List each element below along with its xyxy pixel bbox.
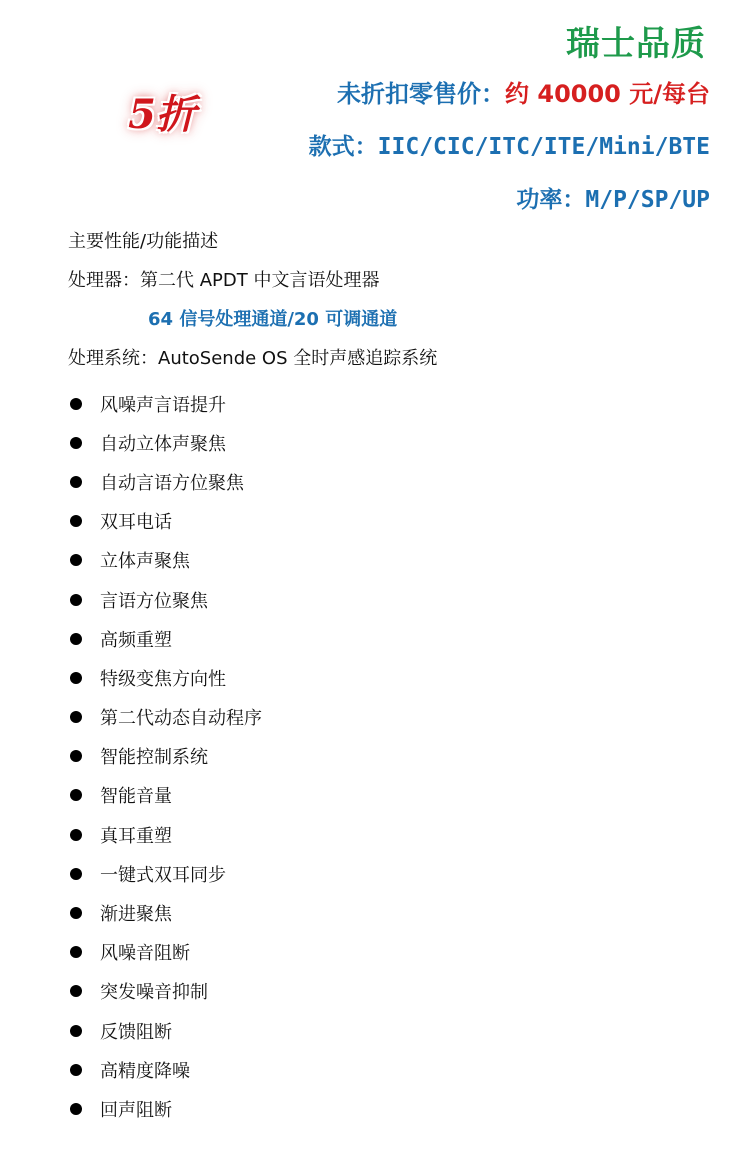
bullet-icon: [70, 946, 82, 958]
quality-title: 瑞士品质: [566, 16, 706, 65]
feature-item: 渐进聚焦: [68, 893, 262, 932]
system-value: AutoSende OS 全时声感追踪系统: [158, 348, 437, 369]
feature-item: 反馈阻断: [68, 1011, 262, 1050]
bullet-icon: [70, 1103, 82, 1115]
processor-value: 第二代 APDT 中文言语处理器: [140, 270, 379, 291]
bullet-icon: [70, 868, 82, 880]
feature-label: 言语方位聚焦: [100, 587, 208, 613]
retail-price: 未折扣零售价：约 40000 元/每台: [337, 74, 710, 109]
model-styles-value: IIC/CIC/ITC/ITE/Mini/BTE: [378, 134, 710, 160]
description-heading: 主要性能/功能描述: [68, 228, 708, 267]
processor-label: 处理器：: [68, 270, 140, 291]
feature-label: 双耳电话: [100, 508, 172, 534]
bullet-icon: [70, 1025, 82, 1037]
feature-label: 智能控制系统: [100, 743, 208, 769]
feature-item: 风噪音阻断: [68, 933, 262, 972]
discount-badge-text: 5折: [128, 83, 196, 140]
system-label: 处理系统：: [68, 348, 158, 369]
feature-label: 立体声聚焦: [100, 547, 190, 573]
bullet-icon: [70, 437, 82, 449]
power-levels: 功率：M/P/SP/UP: [516, 181, 710, 214]
feature-label: 自动立体声聚焦: [100, 430, 226, 456]
bullet-icon: [70, 594, 82, 606]
feature-label: 智能音量: [100, 782, 172, 808]
retail-price-label: 未折扣零售价：: [337, 80, 505, 108]
bullet-icon: [70, 829, 82, 841]
model-styles: 款式：IIC/CIC/ITC/ITE/Mini/BTE: [309, 128, 710, 161]
feature-item: 突发噪音抑制: [68, 972, 262, 1011]
bullet-icon: [70, 554, 82, 566]
feature-item: 自动言语方位聚焦: [68, 462, 262, 501]
feature-item: 高精度降噪: [68, 1050, 262, 1089]
bullet-icon: [70, 985, 82, 997]
bullet-icon: [70, 1064, 82, 1076]
feature-item: 自动立体声聚焦: [68, 423, 262, 462]
feature-item: 回声阻断: [68, 1089, 262, 1128]
bullet-icon: [70, 476, 82, 488]
feature-label: 突发噪音抑制: [100, 978, 208, 1004]
feature-item: 高频重塑: [68, 619, 262, 658]
power-levels-value: M/P/SP/UP: [585, 187, 710, 213]
feature-item: 风噪声言语提升: [68, 384, 262, 423]
processor-line: 处理器：第二代 APDT 中文言语处理器: [68, 267, 708, 306]
bullet-icon: [70, 711, 82, 723]
feature-label: 风噪音阻断: [100, 939, 190, 965]
feature-label: 自动言语方位聚焦: [100, 469, 244, 495]
bullet-icon: [70, 515, 82, 527]
feature-item: 双耳电话: [68, 502, 262, 541]
feature-item: 智能音量: [68, 776, 262, 815]
feature-item: 言语方位聚焦: [68, 580, 262, 619]
feature-label: 高精度降噪: [100, 1057, 190, 1083]
bullet-icon: [70, 672, 82, 684]
feature-item: 立体声聚焦: [68, 541, 262, 580]
feature-list: 风噪声言语提升 自动立体声聚焦 自动言语方位聚焦 双耳电话 立体声聚焦 言语方位…: [68, 384, 262, 1129]
feature-label: 回声阻断: [100, 1096, 172, 1122]
feature-label: 第二代动态自动程序: [100, 704, 262, 730]
feature-item: 真耳重塑: [68, 815, 262, 854]
bullet-icon: [70, 750, 82, 762]
bullet-icon: [70, 633, 82, 645]
retail-price-value: 约 40000 元/每台: [505, 80, 710, 108]
feature-label: 一键式双耳同步: [100, 861, 226, 887]
feature-label: 真耳重塑: [100, 822, 172, 848]
bullet-icon: [70, 398, 82, 410]
system-line: 处理系统：AutoSende OS 全时声感追踪系统: [68, 345, 708, 384]
feature-label: 渐进聚焦: [100, 900, 172, 926]
feature-label: 风噪声言语提升: [100, 391, 226, 417]
feature-item: 特级变焦方向性: [68, 658, 262, 697]
feature-label: 反馈阻断: [100, 1018, 172, 1044]
bullet-icon: [70, 789, 82, 801]
feature-item: 第二代动态自动程序: [68, 698, 262, 737]
feature-item: 一键式双耳同步: [68, 854, 262, 893]
description-block: 主要性能/功能描述 处理器：第二代 APDT 中文言语处理器 64 信号处理通道…: [68, 228, 708, 384]
feature-label: 高频重塑: [100, 626, 172, 652]
feature-item: 智能控制系统: [68, 737, 262, 776]
model-styles-label: 款式：: [309, 134, 378, 160]
channels-line: 64 信号处理通道/20 可调通道: [68, 306, 708, 345]
discount-badge: 5折: [112, 80, 212, 142]
feature-label: 特级变焦方向性: [100, 665, 226, 691]
bullet-icon: [70, 907, 82, 919]
power-levels-label: 功率：: [516, 187, 585, 213]
